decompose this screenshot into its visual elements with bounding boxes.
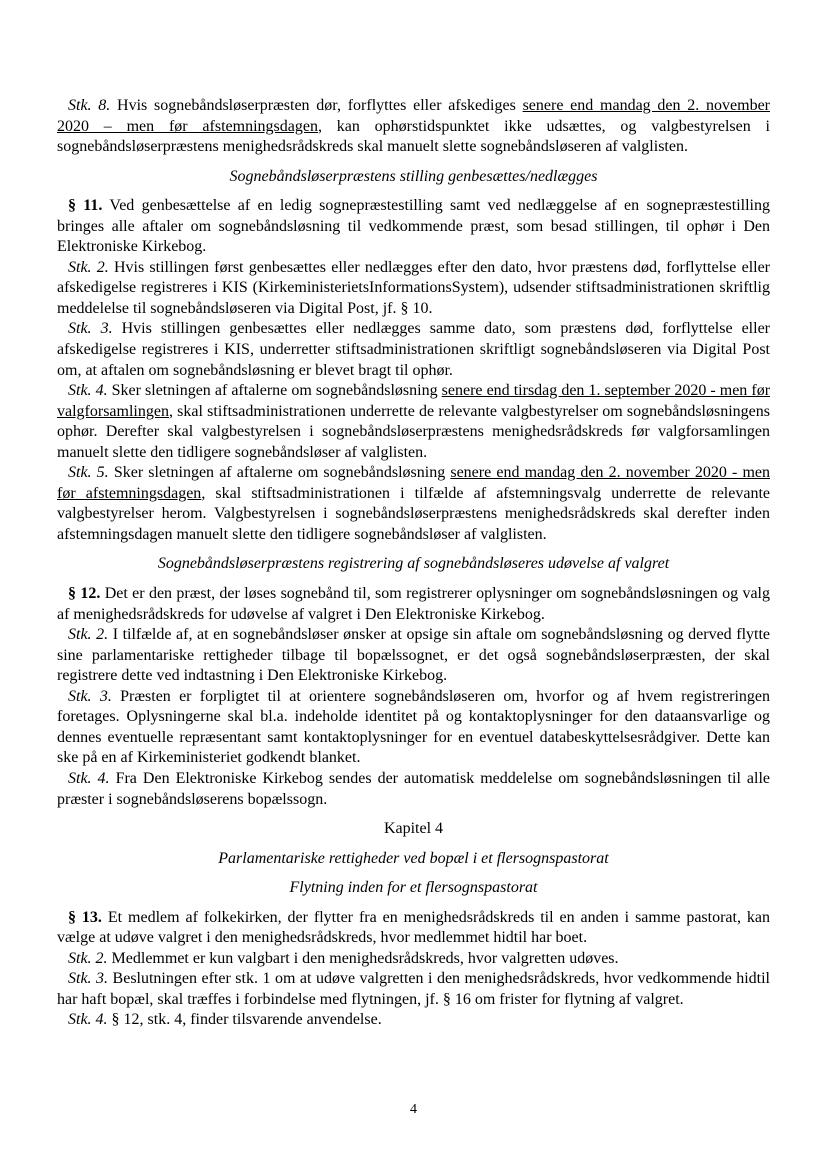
stk-marker: Stk. 4. bbox=[68, 1011, 108, 1028]
text-run: Præsten er forpligtet til at orientere s… bbox=[57, 688, 770, 767]
paragraph: Stk. 3. Hvis stillingen genbesættes elle… bbox=[57, 319, 770, 381]
text-run: Hvis sognebåndsløserpræsten dør, forflyt… bbox=[110, 97, 522, 114]
text-run: Sker sletningen af aftalerne om sognebån… bbox=[109, 464, 451, 481]
stk-marker: Stk. 3. bbox=[68, 970, 108, 987]
text-run: Sker sletningen af aftalerne om sognebån… bbox=[108, 382, 442, 399]
paragraph: Stk. 5. Sker sletningen af aftalerne om … bbox=[57, 463, 770, 545]
paragraph: Stk. 8. Hvis sognebåndsløserpræsten dør,… bbox=[57, 96, 770, 158]
paragraph: § 11. Ved genbesættelse af en ledig sogn… bbox=[57, 196, 770, 258]
page-number: 4 bbox=[0, 1102, 827, 1118]
stk-marker: Stk. 2. bbox=[68, 626, 108, 643]
document-content: Stk. 8. Hvis sognebåndsløserpræsten dør,… bbox=[57, 96, 770, 1031]
paragraph: Stk. 4. Sker sletningen af aftalerne om … bbox=[57, 381, 770, 463]
stk-marker: Stk. 2. bbox=[68, 259, 109, 276]
paragraph: Stk. 4. § 12, stk. 4, finder tilsvarende… bbox=[57, 1010, 770, 1031]
stk-marker: Stk. 3. bbox=[68, 688, 112, 705]
stk-marker: Stk. 4. bbox=[68, 770, 110, 787]
text-run: Parlamentariske rettigheder ved bopæl i … bbox=[218, 850, 608, 867]
paragraph: § 12. Det er den præst, der løses sogneb… bbox=[57, 584, 770, 625]
section-marker: § 12. bbox=[68, 585, 100, 602]
text-run: Fra Den Elektroniske Kirkebog sendes der… bbox=[57, 770, 770, 808]
paragraph: Stk. 2. Hvis stillingen først genbesætte… bbox=[57, 258, 770, 320]
paragraph: Stk. 2. Medlemmet er kun valgbart i den … bbox=[57, 949, 770, 970]
section-heading: Flytning inden for et flersognspastorat bbox=[57, 878, 770, 899]
section-heading: Kapitel 4 bbox=[57, 819, 770, 840]
stk-marker: Stk. 2. bbox=[68, 950, 108, 967]
section-heading: Sognebåndsløserpræstens stilling genbesæ… bbox=[57, 167, 770, 188]
text-run: Et medlem af folkekirken, der flytter fr… bbox=[57, 909, 770, 947]
paragraph: Stk. 3. Præsten er forpligtet til at ori… bbox=[57, 687, 770, 769]
text-run: Sognebåndsløserpræstens registrering af … bbox=[158, 555, 669, 572]
paragraph: Stk. 3. Beslutningen efter stk. 1 om at … bbox=[57, 969, 770, 1010]
text-run: Sognebåndsløserpræstens stilling genbesæ… bbox=[230, 168, 598, 185]
stk-marker: Stk. 8. bbox=[68, 97, 110, 114]
paragraph: Stk. 4. Fra Den Elektroniske Kirkebog se… bbox=[57, 769, 770, 810]
text-run: Det er den præst, der løses sognebånd ti… bbox=[57, 585, 770, 623]
text-run: Flytning inden for et flersognspastorat bbox=[290, 879, 538, 896]
paragraph: § 13. Et medlem af folkekirken, der flyt… bbox=[57, 908, 770, 949]
text-run: Medlemmet er kun valgbart i den menighed… bbox=[108, 950, 619, 967]
text-run: Hvis stillingen genbesættes eller nedlæg… bbox=[57, 320, 770, 378]
stk-marker: Stk. 3. bbox=[68, 320, 113, 337]
document-page: Stk. 8. Hvis sognebåndsløserpræsten dør,… bbox=[0, 0, 827, 1169]
text-run: Ved genbesættelse af en ledig sognepræst… bbox=[57, 197, 770, 255]
text-run: § 12, stk. 4, finder tilsvarende anvende… bbox=[108, 1011, 382, 1028]
text-run: Beslutningen efter stk. 1 om at udøve va… bbox=[57, 970, 770, 1008]
text-run: Hvis stillingen først genbesættes eller … bbox=[57, 259, 770, 317]
paragraph: Stk. 2. I tilfælde af, at en sognebåndsl… bbox=[57, 625, 770, 687]
section-heading: Sognebåndsløserpræstens registrering af … bbox=[57, 554, 770, 575]
stk-marker: Stk. 5. bbox=[68, 464, 109, 481]
section-marker: § 11. bbox=[68, 197, 102, 214]
section-heading: Parlamentariske rettigheder ved bopæl i … bbox=[57, 849, 770, 870]
text-run: Kapitel 4 bbox=[384, 820, 443, 837]
text-run: I tilfælde af, at en sognebåndsløser øns… bbox=[57, 626, 770, 684]
stk-marker: Stk. 4. bbox=[68, 382, 108, 399]
section-marker: § 13. bbox=[68, 909, 102, 926]
